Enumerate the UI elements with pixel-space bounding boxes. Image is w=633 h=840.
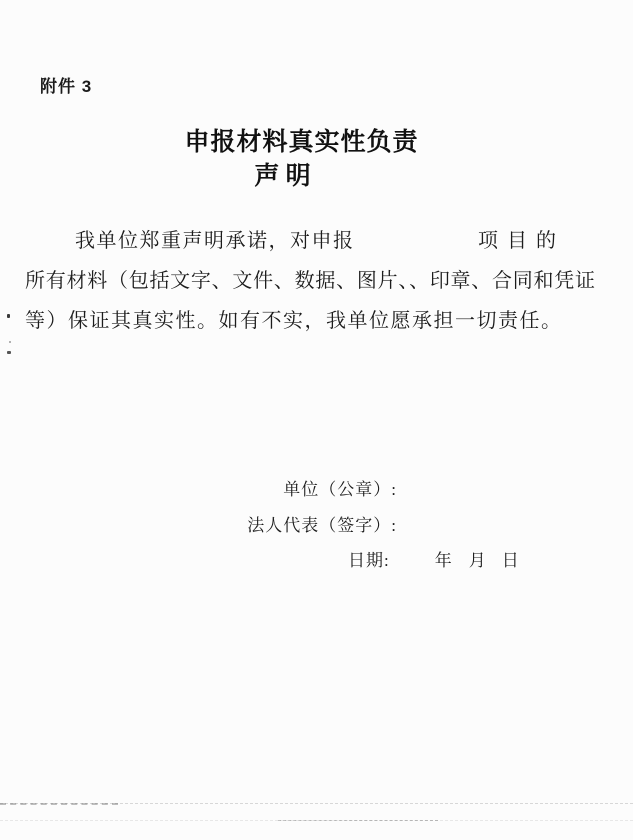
ink-speck: [7, 314, 10, 318]
declaration-line-1-left-text: 我单位郑重声明承诺，对申报: [25, 221, 355, 261]
declaration-line-2: 所有材料（包括文字、文件、数据、图片、、印章、合同和凭证: [25, 261, 595, 301]
declaration-line-3: 等）保证其真实性。如有不实，我单位愿承担一切责任。: [25, 301, 595, 341]
ink-speck: [7, 351, 11, 354]
month-label: 月: [469, 546, 487, 571]
date-label: 日期:: [348, 546, 390, 571]
legal-representative-signature-label: 法人代表（签字）:: [247, 511, 397, 536]
scan-artifact-line: [0, 803, 118, 805]
scanned-document-page: 附件 3 申报材料真实性负责 声 明 我单位郑重声明承诺，对申报 项目的 所有材…: [0, 0, 633, 840]
unit-seal-label: 单位（公章）:: [283, 475, 397, 500]
declaration-line-1: 我单位郑重声明承诺，对申报 项目的: [25, 221, 595, 261]
day-label: 日: [502, 546, 520, 571]
scan-artifact-line: [278, 820, 438, 821]
ink-speck: [9, 341, 11, 343]
attachment-number-label: 附件 3: [40, 72, 92, 97]
document-title-line2: 声 明: [0, 160, 603, 194]
document-title-line1: 申报材料真实性负责: [0, 126, 603, 160]
year-label: 年: [435, 546, 453, 571]
declaration-line-1-right-text: 项目的: [478, 221, 565, 261]
declaration-paragraph: 我单位郑重声明承诺，对申报 项目的 所有材料（包括文字、文件、数据、图片、、印章…: [25, 221, 595, 341]
document-title: 申报材料真实性负责 声 明: [0, 126, 603, 194]
date-line: 日期: 年 月 日: [348, 546, 520, 571]
